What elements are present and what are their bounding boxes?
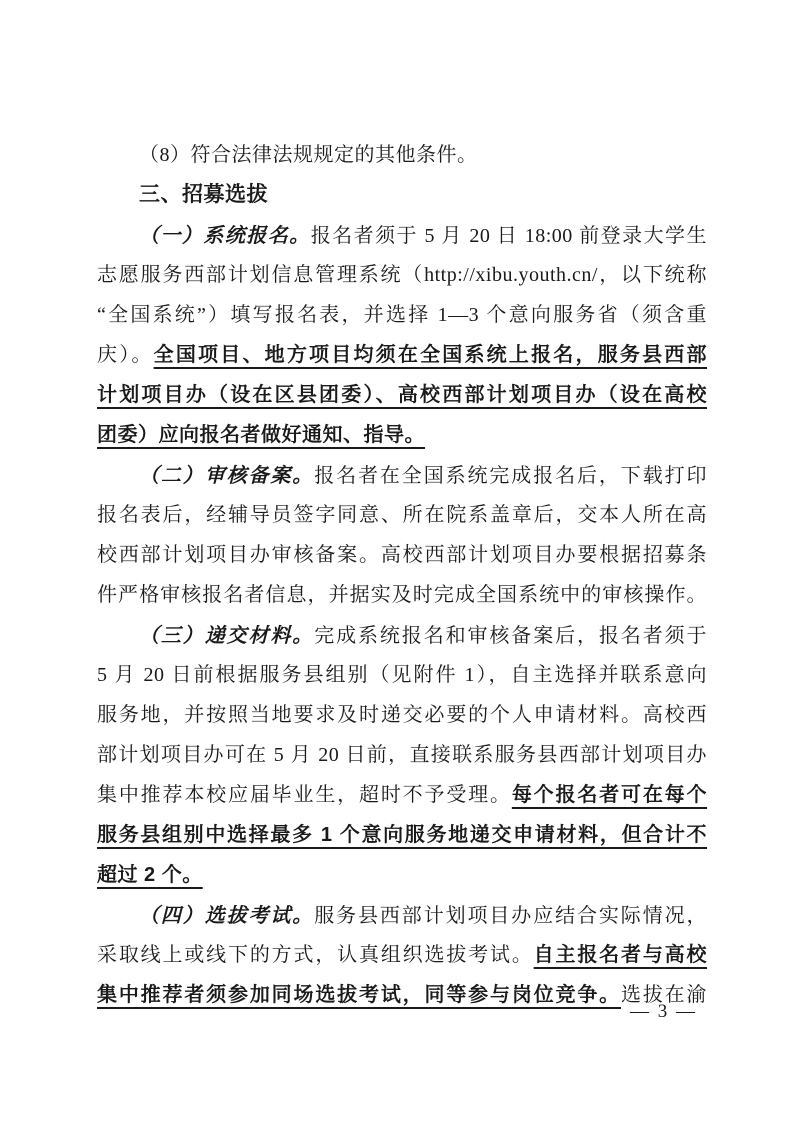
text-segment-heiu: 团委）应向报名者做好通知、指导。 <box>97 424 425 446</box>
text-segment-kaiti: （三）递交材料。 <box>139 623 314 647</box>
text-segment-song: 完成系统报名和审核备案后，报名者须于 <box>314 625 707 647</box>
text-segment-heiu: 自主报名者与高校 <box>534 944 707 966</box>
text-segment-heiu: 全国项目、地方项目均须在全国系统上报名，服务县西部 <box>154 344 707 366</box>
text-segment-song: 服务地，并按照当地要求及时递交必要的个人申请材料。高校西 <box>97 704 707 726</box>
text-segment-song: 件严格审核报名者信息，并据实及时完成全国系统中的审核操作。 <box>97 584 707 606</box>
text-segment-heiu: 超过 2 个。 <box>97 864 203 886</box>
text-line: 计划项目办（设在区县团委）、高校西部计划项目办（设在高校 <box>97 375 707 415</box>
text-line: 集中推荐本校应届毕业生，超时不予受理。每个报名者可在每个 <box>97 775 707 815</box>
text-line: 件严格审核报名者信息，并据实及时完成全国系统中的审核操作。 <box>97 575 707 615</box>
text-line: 服务地，并按照当地要求及时递交必要的个人申请材料。高校西 <box>97 695 707 735</box>
text-line: 超过 2 个。 <box>97 855 707 895</box>
text-line: 庆）。全国项目、地方项目均须在全国系统上报名，服务县西部 <box>97 335 707 375</box>
text-line: 报名表后，经辅导员签字同意、所在院系盖章后，交本人所在高 <box>97 495 707 535</box>
text-line: 校西部计划项目办审核备案。高校西部计划项目办要根据招募条 <box>97 535 707 575</box>
text-line: 采取线上或线下的方式，认真组织选拔考试。自主报名者与高校 <box>97 935 707 975</box>
text-segment-kaiti: （一）系统报名。 <box>139 223 311 247</box>
text-segment-song: 5 月 20 日前根据服务县组别（见附件 1），自主选择并联系意向 <box>97 664 707 686</box>
text-segment-hei: 三、招募选拔 <box>139 183 268 206</box>
text-segment-heiu: 计划项目办（设在区县团委）、高校西部计划项目办（设在高校 <box>97 384 707 406</box>
text-line: 5 月 20 日前根据服务县组别（见附件 1），自主选择并联系意向 <box>97 655 707 695</box>
document-page: （8）符合法律法规规定的其他条件。三、招募选拔（一）系统报名。报名者须于 5 月… <box>0 0 793 1122</box>
text-line: “全国系统”）填写报名表，并选择 1—3 个意向服务省（须含重 <box>97 295 707 335</box>
text-segment-song: （8）符合法律法规规定的其他条件。 <box>139 144 478 166</box>
text-line: （三）递交材料。完成系统报名和审核备案后，报名者须于 <box>97 615 707 655</box>
text-line: （四）选拔考试。服务县西部计划项目办应结合实际情况， <box>97 895 707 935</box>
text-segment-heiu: 每个报名者可在每个 <box>512 784 707 806</box>
text-segment-kaiti: （二）审核备案。 <box>139 463 314 487</box>
text-line: 部计划项目办可在 5 月 20 日前，直接联系服务县西部计划项目办 <box>97 735 707 775</box>
text-line: （二）审核备案。报名者在全国系统完成报名后，下载打印 <box>97 455 707 495</box>
text-segment-heiu: 集中推荐者须参加同场选拔考试，同等参与岗位竞争。 <box>97 984 621 1006</box>
text-segment-song: 集中推荐本校应届毕业生，超时不予受理。 <box>97 784 512 806</box>
text-segment-song: 部计划项目办可在 5 月 20 日前，直接联系服务县西部计划项目办 <box>97 744 707 766</box>
text-segment-song: 校西部计划项目办审核备案。高校西部计划项目办要根据招募条 <box>97 544 707 566</box>
text-segment-song: 志愿服务西部计划信息管理系统（http://xibu.youth.cn/，以下统… <box>97 264 707 286</box>
text-segment-song: 采取线上或线下的方式，认真组织选拔考试。 <box>97 944 534 966</box>
document-body: （8）符合法律法规规定的其他条件。三、招募选拔（一）系统报名。报名者须于 5 月… <box>97 135 707 1015</box>
text-line: 志愿服务西部计划信息管理系统（http://xibu.youth.cn/，以下统… <box>97 255 707 295</box>
text-segment-song: 庆）。 <box>97 344 154 366</box>
text-line: 服务县组别中选择最多 1 个意向服务地递交申请材料，但合计不 <box>97 815 707 855</box>
text-line: 集中推荐者须参加同场选拔考试，同等参与岗位竞争。选拔在渝 <box>97 975 707 1015</box>
text-line: 三、招募选拔 <box>97 175 707 215</box>
text-segment-song: 报名者在全国系统完成报名后，下载打印 <box>314 465 707 487</box>
text-segment-kaiti: （四）选拔考试。 <box>139 903 314 927</box>
text-segment-song: 服务县西部计划项目办应结合实际情况， <box>314 905 707 927</box>
text-segment-song: “全国系统”）填写报名表，并选择 1—3 个意向服务省（须含重 <box>97 304 707 326</box>
text-segment-song: 报名者须于 5 月 20 日 18:00 前登录大学生 <box>311 225 707 247</box>
page-number: — 3 — <box>630 1001 697 1023</box>
text-line: （8）符合法律法规规定的其他条件。 <box>97 135 707 175</box>
text-segment-song: 报名表后，经辅导员签字同意、所在院系盖章后，交本人所在高 <box>97 504 707 526</box>
text-line: 团委）应向报名者做好通知、指导。 <box>97 415 707 455</box>
text-line: （一）系统报名。报名者须于 5 月 20 日 18:00 前登录大学生 <box>97 215 707 255</box>
text-segment-heiu: 服务县组别中选择最多 1 个意向服务地递交申请材料，但合计不 <box>97 824 707 846</box>
